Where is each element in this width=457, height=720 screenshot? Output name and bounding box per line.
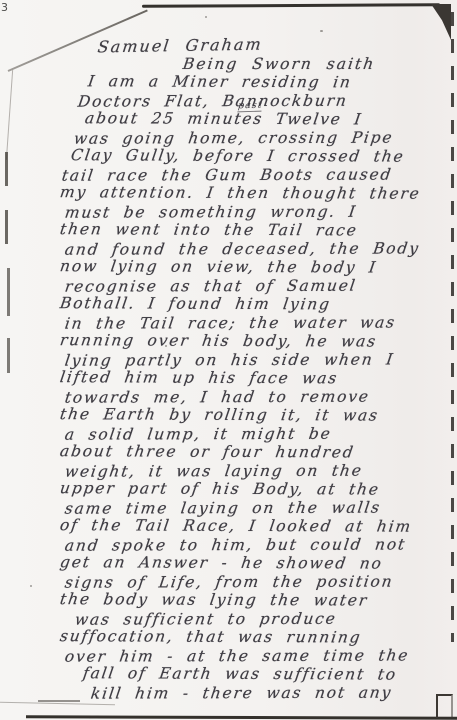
manuscript-page: 3 Samuel Graham Being Sworn saith I am a… (0, 0, 457, 720)
manuscript-line: same time laying on the walls (64, 498, 456, 518)
manuscript-line: over him - at the same time the (64, 646, 456, 666)
manuscript-line: upper part of his Body, at the (59, 479, 455, 499)
manuscript-line: my attention. I then thought there (59, 183, 455, 203)
paper-speck (205, 16, 207, 18)
page-number: 3 (1, 1, 8, 14)
manuscript-line: get an Answer - he showed no (59, 553, 455, 573)
manuscript-text-block: I am a Miner residing in Doctors Flat, B… (60, 73, 454, 702)
manuscript-line: then went into the Tail race (59, 220, 455, 240)
folded-corner-mark (431, 4, 451, 40)
manuscript-line: in the Tail race; the water was (64, 313, 456, 333)
manuscript-line: recognise as that of Samuel (64, 276, 456, 296)
manuscript-line: Doctors Flat, Bannockburn (77, 91, 456, 111)
manuscript-line: kill him - there was not any (90, 683, 456, 703)
manuscript-line: Bothall. I found him lying (59, 294, 455, 314)
manuscript-line: about 25 minutes Twelve I (84, 109, 455, 129)
manuscript-line: of the Tail Race, I looked at him (59, 516, 455, 536)
manuscript-line: was going home, crossing Pipe (73, 128, 456, 148)
manuscript-line: and found the deceased, the Body (64, 239, 456, 259)
manuscript-line: and spoke to him, but could not (64, 535, 456, 555)
interlinear-insertion: past (237, 100, 263, 113)
manuscript-line: fall of Earth was sufficient to (82, 664, 455, 684)
manuscript-line: the body was lying the water (59, 590, 455, 610)
paper-speck (30, 585, 32, 587)
manuscript-line: a solid lump, it might be (64, 424, 456, 444)
manuscript-line: running over his body, he was (59, 331, 455, 351)
page-edge-bottom-line (26, 715, 457, 720)
left-edge-binding-marks (7, 268, 10, 373)
manuscript-line: signs of Life, from the position (64, 572, 456, 592)
page-edge-top-line (142, 3, 440, 8)
deponent-name: Samuel Graham (97, 35, 264, 57)
paper-speck (320, 30, 323, 32)
manuscript-line: about three or four hundred (59, 442, 455, 462)
manuscript-line: now lying on view, the body I (59, 257, 455, 277)
manuscript-line: was sufficient to produce (74, 609, 456, 629)
manuscript-line: I am a Miner residing in (87, 72, 455, 92)
manuscript-line: must be something wrong. I (64, 202, 456, 222)
manuscript-line: Clay Gully, before I crossed the (70, 146, 455, 166)
manuscript-line: weight, it was laying on the (64, 461, 456, 481)
manuscript-line: lying partly on his side when I (64, 350, 456, 370)
manuscript-line: towards me, I had to remove (64, 387, 456, 407)
manuscript-line: tail race the Gum Boots caused (61, 165, 456, 185)
manuscript-line: the Earth by rolling it, it was (59, 405, 455, 425)
manuscript-line: suffocation, that was running (59, 627, 455, 647)
manuscript-line: lifted him up his face was (59, 368, 455, 388)
fold-crease-left (6, 70, 13, 160)
oath-line: Being Sworn saith (182, 55, 377, 73)
left-edge-binding-marks (5, 152, 8, 262)
